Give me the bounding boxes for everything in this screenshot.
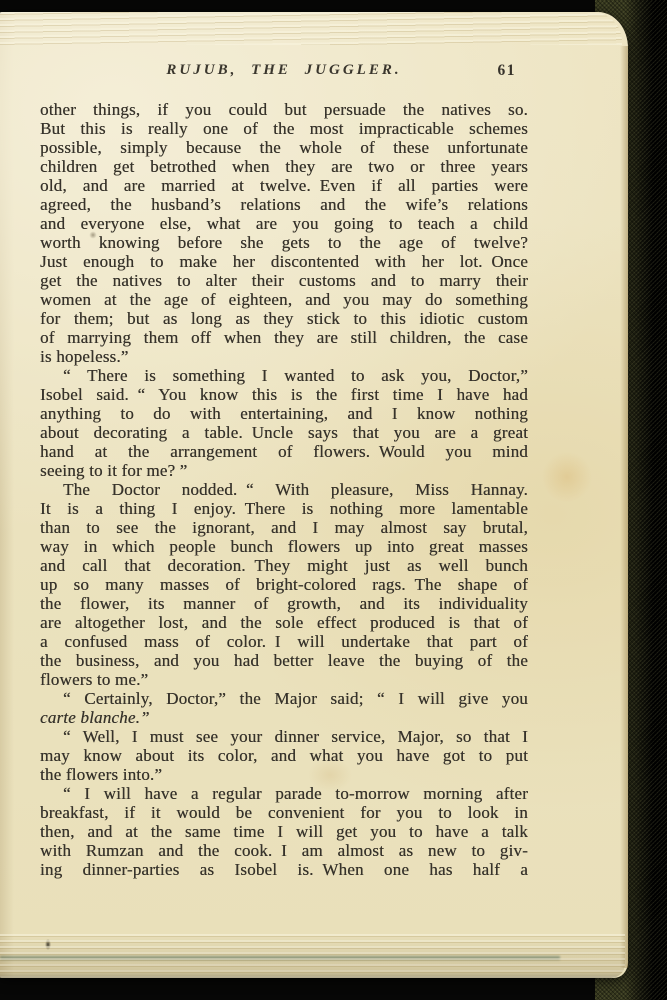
text-line: than to see the ignorant, and I may almo… bbox=[40, 518, 528, 537]
text-line: flowers to me.” bbox=[40, 670, 528, 689]
text-line: It is a thing I enjoy. There is nothing … bbox=[40, 499, 528, 518]
text-line: “ Certainly, Doctor,” the Major said; “ … bbox=[40, 689, 528, 708]
page-number: 61 bbox=[498, 62, 517, 80]
text-line: agreed, the husband’s relations and the … bbox=[40, 195, 528, 214]
text-line: of marrying them off when they are still… bbox=[40, 328, 528, 347]
paper-stain bbox=[532, 442, 602, 512]
text-line: carte blanche.” bbox=[40, 708, 528, 727]
text-line: is hopeless.” bbox=[40, 347, 528, 366]
text-line: and call that decoration. They might jus… bbox=[40, 556, 528, 575]
text-line: a confused mass of color. I will underta… bbox=[40, 632, 528, 651]
text-line: for them; but as long as they stick to t… bbox=[40, 309, 528, 328]
text-line: anything to do with entertaining, and I … bbox=[40, 404, 528, 423]
text-line: about decorating a table. Uncle says tha… bbox=[40, 423, 528, 442]
text-line: then, and at the same time I will get yo… bbox=[40, 822, 528, 841]
text-line: with Rumzan and the cook. I am almost as… bbox=[40, 841, 528, 860]
text-line: “ I will have a regular parade to-morrow… bbox=[40, 784, 528, 803]
book-page: RUJUB, THE JUGGLER. 61 other things, if … bbox=[0, 12, 628, 978]
paragraph: “ I will have a regular parade to-morrow… bbox=[40, 784, 528, 879]
text-line: old, and are married at twelve. Even if … bbox=[40, 176, 528, 195]
text-block: RUJUB, THE JUGGLER. 61 other things, if … bbox=[40, 62, 528, 879]
text-line: The Doctor nodded. “ With pleasure, Miss… bbox=[40, 480, 528, 499]
running-header: RUJUB, THE JUGGLER. 61 bbox=[40, 62, 528, 100]
text-line: worth knowing before she gets to the age… bbox=[40, 233, 528, 252]
paper-blemish bbox=[44, 937, 52, 952]
paragraph: “ There is something I wanted to ask you… bbox=[40, 366, 528, 480]
text-line: children get betrothed when they are two… bbox=[40, 157, 528, 176]
text-line: the flower, its manner of growth, and it… bbox=[40, 594, 528, 613]
text-line: Just enough to make her discontented wit… bbox=[40, 252, 528, 271]
text-line: Isobel said. “ You know this is the firs… bbox=[40, 385, 528, 404]
text-line: other things, if you could but persuade … bbox=[40, 100, 528, 119]
book-scan-viewport: RUJUB, THE JUGGLER. 61 other things, if … bbox=[0, 0, 667, 1000]
text-line: women at the age of eighteen, and you ma… bbox=[40, 290, 528, 309]
text-line: may know about its color, and what you h… bbox=[40, 746, 528, 765]
paragraph: “ Well, I must see your dinner service, … bbox=[40, 727, 528, 784]
text-line: the flowers into.” bbox=[40, 765, 528, 784]
text-line: “ There is something I wanted to ask you… bbox=[40, 366, 528, 385]
text-line: seeing to it for me? ” bbox=[40, 461, 528, 480]
page-fore-edge-shadow bbox=[620, 46, 628, 968]
text-line: are altogether lost, and the sole effect… bbox=[40, 613, 528, 632]
text-line: up so many masses of bright-colored rags… bbox=[40, 575, 528, 594]
running-header-title: RUJUB, THE JUGGLER. bbox=[40, 62, 528, 79]
paragraph: “ Certainly, Doctor,” the Major said; “ … bbox=[40, 689, 528, 727]
text-line: the business, and you had better leave t… bbox=[40, 651, 528, 670]
text-line: But this is really one of the most impra… bbox=[40, 119, 528, 138]
text-line: breakfast, if it would be convenient for… bbox=[40, 803, 528, 822]
text-line: get the natives to alter their customs a… bbox=[40, 271, 528, 290]
bottom-binding-shadow bbox=[0, 956, 560, 960]
text-line: way in which people bunch flowers up int… bbox=[40, 537, 528, 556]
page-body: other things, if you could but persuade … bbox=[40, 100, 528, 879]
text-line: “ Well, I must see your dinner service, … bbox=[40, 727, 528, 746]
text-line: ing dinner-parties as Isobel is. When on… bbox=[40, 860, 528, 879]
text-line: hand at the arrangement of flowers. Woul… bbox=[40, 442, 528, 461]
text-line: possible, simply because the whole of th… bbox=[40, 138, 528, 157]
paragraph: The Doctor nodded. “ With pleasure, Miss… bbox=[40, 480, 528, 689]
paragraph: other things, if you could but persuade … bbox=[40, 100, 528, 366]
text-line: and everyone else, what are you going to… bbox=[40, 214, 528, 233]
